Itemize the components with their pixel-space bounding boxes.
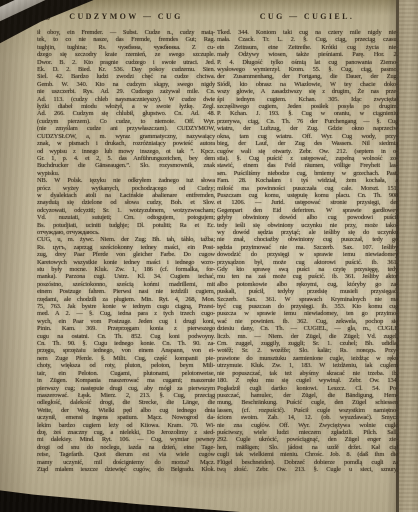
text-line: ił oboy, ein Fremder. — Subst. Cudze n.,… <box>37 29 215 36</box>
text-line: szczęśliwego cugiem, Jeden posiłek posył… <box>217 103 398 110</box>
book-fore-edge <box>399 0 418 512</box>
text-line: stia). §. Cug puścić z ustępować, zupełn… <box>217 155 398 162</box>
text-line: Ek. D. 2. Bied. Kr. 536. Day pokoy cudze… <box>37 66 215 73</box>
text-line: mu ten na zaś może cug puścić. ib. 361. … <box>217 273 398 280</box>
text-line: mamy uczynić, mil dościgniemy do morza? … <box>37 459 215 466</box>
text-line: Dwor. B. 2. Kto pragnie cudzego i swoie … <box>37 59 215 66</box>
text-line: w dyalektach atoli na Łacińskie abaliena… <box>37 192 215 199</box>
text-line: nie znał, chociażby obwiniony cug puszcz… <box>217 236 398 243</box>
text-line: Rs. цугъ, zaprząg sześciokonny iedney ma… <box>37 244 215 251</box>
text-line: znayduią się dzielone od słowa cudzy, Bo… <box>37 199 215 206</box>
text-line: dowodzić do przysięgi w sprawie iemu nie… <box>217 251 398 258</box>
text-line: Pogładził cugli dartko koniowi. Leszcz. … <box>217 385 398 392</box>
text-line: Gemb. W. 340. Kto na cudzym skąpy, swego… <box>37 81 215 88</box>
text-line: lassen, (cf. rozpuścić). Puścił cugle ws… <box>217 407 398 414</box>
text-line: CUG, u, m. żywc. Niem. der Zug; Bh. tah,… <box>37 236 215 243</box>
text-line: wotěž; Sr. 2. wozěže; Slo. kalār; Rs. по… <box>217 347 398 354</box>
text-line: dziesiu dany, Cn. Th. — CUGIEL, — gla, m… <box>217 325 398 332</box>
text-line: hen, mäßigen; Slo. jádost na uzdě držet.… <box>217 444 398 451</box>
text-line: choty, większa od roty, pluton, peloton,… <box>37 362 215 369</box>
text-line: wać nie powinien. ib. 362. Cug, zekwela,… <box>217 318 398 325</box>
text-line: cugli tak wielkiemi mieniu. Chrośc. Job.… <box>217 451 398 458</box>
text-line: reise, Tagefarth. Quot dierum est via wi… <box>37 451 215 458</box>
text-line: med. A 2. — §. Cug, iedna para z tych tr… <box>37 310 215 317</box>
text-line: Tked. 344. Koniom taki cug na cztery mil… <box>217 29 398 36</box>
text-line: przęgu, sprzężaiu iednego, von einem Ans… <box>37 347 215 354</box>
text-line: mung, Beschränkung. Puścić cugle, den Zü… <box>217 399 398 406</box>
text-line: być cug puszczan do przysięgi. ib. 353. … <box>217 303 398 310</box>
text-line: wiatru, der Luftzug, der Zug. Gdzie okno… <box>217 125 398 132</box>
text-line: sędzia przyimować nie ma. Szczerb. Sax. … <box>217 244 398 251</box>
text-column-left: ił oboy, ein Fremder. — Subst. Cudze n.,… <box>37 29 215 481</box>
text-line: prócz wyżey wytkanych, pochodzącego od C… <box>37 185 215 192</box>
text-line: mała. Czack. Tr. L. 2. §. Cug, ciąg, prz… <box>217 36 398 43</box>
text-line: stawić, einem das Feld räumen, völlige F… <box>217 162 398 169</box>
text-line: 292. Cugle ukrócić, powściągnąć, den Züg… <box>217 436 398 443</box>
text-line: wy dowód sędzia przyiąć; ale ieśliby się… <box>217 229 398 236</box>
text-line: (cudzym pierzem). Co cudze, to niemoie. … <box>37 118 215 125</box>
text-line: Szczerb. Sax. 361. W sprawach Kryminalny… <box>217 296 398 303</box>
text-line: tair, ein Peloton. Cugami, plutonami, pe… <box>37 370 215 377</box>
text-line: Gr. 1, p. 4. et 2, 5. das Anführungszeic… <box>37 155 215 162</box>
text-line: sen. Puściliśmy niebodze cug, brniemy w … <box>217 170 398 177</box>
text-line: przerywa, ciąg, Cn. Th. 76 der Furchenga… <box>217 118 398 125</box>
text-line: tedy ieśli się obwiniony uczynku nie prz… <box>217 222 398 229</box>
text-line: wych, ein Paar vom Postzuge. Jeden cug i… <box>37 318 215 325</box>
text-line: cugów wali się otwarty. Zebr. Ow. 212. (… <box>217 148 398 155</box>
text-line: utrzymuie. Kluk. Zw. 1, 183. W ieżdżeniu… <box>217 362 398 369</box>
text-line: liczb. mn. — Niem. der Zügel, die Zügel;… <box>217 333 398 340</box>
text-line: tek, to co nie nasze, das Fremde, fremde… <box>37 36 215 43</box>
text-line: puszcza w sprawie iemu niewiadomey, ten … <box>217 310 398 317</box>
text-line: tughjin, tughina; Rs. чужбина, чужбинка.… <box>37 44 215 51</box>
text-line: nie popuszczać, tak też abyśmy skracać n… <box>217 370 398 377</box>
text-line: puściwszy, wiele ludzi mieczem zgładzili… <box>217 429 398 436</box>
text-line: CUDZYSŁOW, a, m. wyraz grammatyczny, naz… <box>37 133 215 140</box>
text-line: łyżki diabeł miodu włożył, a w swoie łyż… <box>37 103 215 110</box>
text-line: 75, 763. Jak bystre konie w iednym cugu … <box>37 303 215 310</box>
text-line: 180. Z ręku mu się cugiel wywinął. Zebr.… <box>217 377 398 384</box>
text-line: od wypisu z innego lub mowy inszego, ot … <box>37 148 215 155</box>
text-line: drogi od snu do noclegu, iazda na dzień,… <box>37 444 215 451</box>
text-line: odległość, dalekość drogi, die Strecke, … <box>37 399 215 406</box>
running-header-left: CUDZYMOW — CUG <box>36 12 216 21</box>
spine-shadow <box>386 0 396 512</box>
text-line: Ad. 113. (cudzy chleb naysmacznieyszy). … <box>37 96 215 103</box>
text-line: einem Postzuge fahren. Pierwsi nasi nie … <box>37 288 215 295</box>
text-line: gdyby obwiniony dowód albo cug powodowi … <box>217 214 398 221</box>
text-line: lekim bardzo cugiem leży od Kiiowa. Kram… <box>37 422 215 429</box>
text-line: Karetowych wszystkie konie iedney maści … <box>37 259 215 266</box>
text-line: nie uszczerbi. Rys. Ad. 29. Cudzego zaży… <box>37 88 215 95</box>
text-line: przysądzon był, może cug aktorowi puścić… <box>217 259 398 266</box>
text-line: odcyzowati, odcyziti; Sr. 1. wotzyzubnem… <box>37 207 215 214</box>
text-line: mały Odżywy wiosen, także pieśniami. Par… <box>217 51 398 58</box>
text-line: Siel. 42. Bardzo ludzi zwodzi chęć na cu… <box>37 73 215 80</box>
text-line: śpi iednym cugiem. Kchan. 305. Idąc zwyc… <box>217 96 398 103</box>
text-line: in Zügen. Kompania maszerować ma cugami;… <box>37 377 215 384</box>
text-line: Siódł, kto obrasz na Wiazłowie, W tey ch… <box>217 81 398 88</box>
running-header-right: CUG — CUGIEL. <box>216 12 398 21</box>
text-line: poszóstno, sześciokonno, sześcią końmi m… <box>37 281 215 288</box>
text-line: stu były mocne. Kluk. Zw. 1, 186 (cf. fo… <box>37 266 215 273</box>
text-line: miłość ma powinności puszczała cug cale.… <box>217 185 398 192</box>
text-line: maszerować. Łęsk. Mierz. 2, 213. §. Cug,… <box>37 392 215 399</box>
text-line: puszczać, hamulec, der Zügel, die Bändig… <box>217 392 398 399</box>
text-line: Pinin. Kam. 369. Przeprzęgam konia z pie… <box>37 325 215 332</box>
text-line: twą złość. Zebr. Ow. 213. §. Cugle u sie… <box>217 466 398 473</box>
text-line: wysłowego wymierzył. Krom. 55. §. Cug, c… <box>217 66 398 73</box>
text-line: der Zusammenhang, der Fortgang, die Daue… <box>217 73 398 80</box>
text-line: zug, drey Paar Pferde von gleicher Farbe… <box>37 251 215 258</box>
text-line: Cn. Th. 90. §. Cugu iednego konie. Cn. T… <box>37 340 215 347</box>
text-line: Ad. 266. Cudzym się chlubił, głupstwo. C… <box>37 110 215 117</box>
text-line: Weite, der Weg. Wielki pęd albo cug iedn… <box>37 407 215 414</box>
text-line: Ztąd miałem ieszcze dziewięć cugów, do B… <box>37 466 215 473</box>
text-line: P. 4. Długość tylko ośmią lat cug panowa… <box>217 59 398 66</box>
text-line: bieg, der Lauf, der Zug des Wassers. Nil… <box>217 140 398 147</box>
text-line: (nie zmyślam cudze ani przywłaszczam). C… <box>37 125 215 132</box>
text-line: Gegenpart den Eid deferiren. W sprawie g… <box>217 207 398 214</box>
text-line: cugu na ostatni. Cn. Th. 852. Cug koni p… <box>37 333 215 340</box>
text-line: nem Zuge Pferde. §. Milit. Cug, część ko… <box>37 355 215 362</box>
text-line: dzę, żeś znaczny cug, a nielekki, Do Jer… <box>37 429 215 436</box>
text-line: rzędami, ale chodzili za pługiem. Min. R… <box>37 296 215 303</box>
text-line: okna, tam cug wiatru. Off. Wyr. Cug wody… <box>217 133 398 140</box>
text-column-right: Tked. 344. Koniom taki cug na cztery mil… <box>217 29 398 481</box>
text-line: Fam. 28. Kochałam i tyś widział, żem koc… <box>217 177 398 184</box>
text-line: uczynił, emensi ingens spatium. Mącz. No… <box>37 414 215 421</box>
text-line: Vd. nuzuiati, sutujeti; Crn. odtogujem, … <box>37 214 215 221</box>
text-line: puskali, puścił, tedyby przedsię musieli… <box>217 288 398 295</box>
text-line: Flügel beschneiden). Dobrzeć dobierze po… <box>217 459 398 466</box>
text-line: wszy głowie, A zasadziwszy się z drugim,… <box>217 88 398 95</box>
text-line: P. Kchan. J. 193. §. Cug w oraniu, w cią… <box>217 110 398 117</box>
text-line: wypisku. <box>37 170 215 177</box>
text-line: et 1206. — Jurid. ustępować stronie przy… <box>217 199 398 206</box>
text-line: dzego się szczodry kraie rzemień, ze swe… <box>37 51 215 58</box>
text-line: NB. W Polsk. ięzyku nie odkryłem żadnego… <box>37 177 215 184</box>
text-line: mi dalekiey. Mind. Ryt. 106. — Cug, wymi… <box>37 436 215 443</box>
scanned-book-page: 398 CUDZYMOW — CUG CUG — CUGIEL. ił oboy… <box>0 0 418 512</box>
text-line: prawione do munsztuku zarmienione cugle,… <box>217 355 398 362</box>
text-line: albo potomkowie albo rękoymi, cug, który… <box>217 281 398 288</box>
text-line: ein Zeitraum, eine Zeitreihe. Krótki cug… <box>217 44 398 51</box>
text-line: Crn. zuggel, zuggily, zuggli; Sr. 1. czu… <box>217 340 398 347</box>
text-line: znak, w pismach i drukach, rozróżniaiący… <box>37 140 215 147</box>
text-line: ściom swoim. Zab. 14, 12. (ob. wyuzdawać… <box>217 414 398 421</box>
text-line: Gdy kto sprawę swą puści na czyię przysi… <box>217 266 398 273</box>
text-line: Buchdrucker die Gänseaugen.”. Slo. rozys… <box>37 162 215 169</box>
text-line: manka). Parzona cugi. Ustrz. Kl. 34. Cug… <box>37 273 215 280</box>
text-line: Bs. potudjiati, uciniti tudghje; Dl. pot… <box>37 222 215 229</box>
text-line: отчуждаю, отчуждаюсь. <box>37 229 215 236</box>
text-line: pierwszy cug; następuie drugi cug, aby m… <box>37 385 215 392</box>
text-line: Puszczam cug komu, ustępuię komu placu. … <box>217 192 398 199</box>
text-line: nie zna cugłów. Off. Wyr. Zwyciężywa wol… <box>217 422 398 429</box>
